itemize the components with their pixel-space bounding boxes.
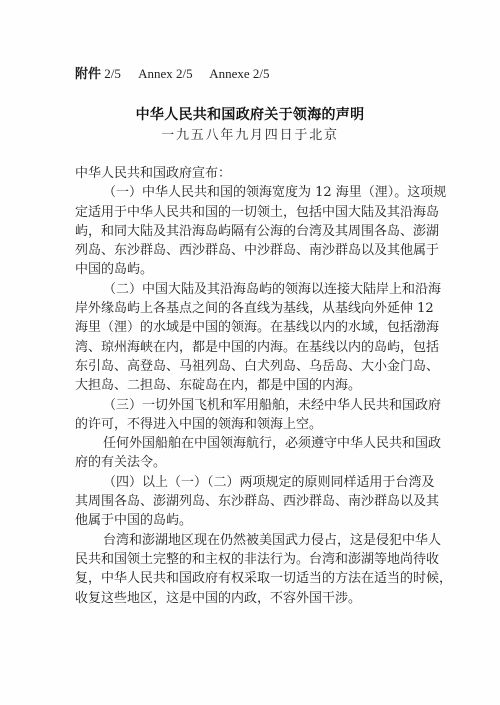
document-body: 中华人民共和国政府宣布： （一）中华人民共和国的领海宽度为 12 海里（浬）。这… <box>75 164 425 608</box>
text-line: 府的有关法令。 <box>75 453 425 472</box>
annex-en: Annex 2/5 <box>138 66 193 81</box>
text-line: 列岛、东沙群岛、西沙群岛、中沙群岛、南沙群岛以及其他属于 <box>75 241 425 260</box>
text-line: 湾、琼州海峡在内，都是中国的内海。在基线以内的岛屿，包括 <box>75 338 425 357</box>
text-line: （二）中国大陆及其沿海岛屿的领海以连接大陆岸上和沿海 <box>75 280 425 299</box>
text-line: 东引岛、高登岛、马祖列岛、白犬列岛、乌岳岛、大小金门岛、 <box>75 357 425 376</box>
text-line: 台湾和澎湖地区现在仍然被美国武力侵占，这是侵犯中华人 <box>75 531 425 550</box>
annex-cn: 附件 2/5 <box>75 66 121 81</box>
text-line: 的许可，不得进入中国的领海和领海上空。 <box>75 415 425 434</box>
text-line: 其周围各岛、澎湖列岛、东沙群岛、西沙群岛、南沙群岛以及其 <box>75 492 425 511</box>
text-line: 中国的岛屿。 <box>75 260 425 279</box>
text-line: （三）一切外国飞机和军用船舶，未经中华人民共和国政府 <box>75 396 425 415</box>
annex-fr: Annexe 2/5 <box>209 66 269 81</box>
text-line: 屿，和同大陆及其沿海岛屿隔有公海的台湾及其周围各岛、澎湖 <box>75 222 425 241</box>
text-line: 海里（浬）的水域是中国的领海。在基线以内的水域，包括渤海 <box>75 318 425 337</box>
text-line: （四）以上（一）（二）两项规定的原则同样适用于台湾及 <box>75 473 425 492</box>
text-line: 民共和国领土完整的和主权的非法行为。台湾和澎湖等地尚待收 <box>75 550 425 569</box>
document-date: 一九五八年九月四日于北京 <box>0 124 500 143</box>
document-title: 中华人民共和国政府关于领海的声明 <box>0 104 500 124</box>
annex-cn-number: 2/5 <box>104 66 121 81</box>
annex-header: 附件 2/5 Annex 2/5 Annexe 2/5 <box>75 63 284 82</box>
text-line: 岸外缘岛屿上各基点之间的各直线为基线，从基线向外延伸 12 <box>75 299 425 318</box>
text-line: 任何外国船舶在中国领海航行，必须遵守中华人民共和国政 <box>75 434 425 453</box>
text-line: 收复这些地区，这是中国的内政，不容外国干涉。 <box>75 589 425 608</box>
text-line: 他属于中国的岛屿。 <box>75 511 425 530</box>
text-line: （一）中华人民共和国的领海宽度为 12 海里（浬）。这项规 <box>75 183 425 202</box>
text-line: 中华人民共和国政府宣布： <box>75 164 425 183</box>
document-page: 附件 2/5 Annex 2/5 Annexe 2/5 中华人民共和国政府关于领… <box>0 0 500 705</box>
text-line: 复，中华人民共和国政府有权采取一切适当的方法在适当的时候， <box>75 569 425 588</box>
text-line: 大担岛、二担岛、东碇岛在内，都是中国的内海。 <box>75 376 425 395</box>
text-line: 定适用于中华人民共和国的一切领土，包括中国大陆及其沿海岛 <box>75 203 425 222</box>
annex-cn-label: 附件 <box>75 67 101 82</box>
